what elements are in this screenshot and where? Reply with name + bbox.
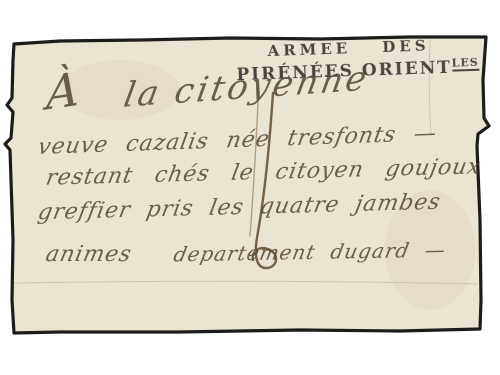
address-line-city: animes bbox=[44, 244, 134, 266]
address-line-department: departement dugard — bbox=[172, 240, 448, 265]
handstamp-line2-superscript: LES bbox=[451, 56, 479, 72]
letter-photo: ARMEE DES PIRÉNÉES ORIENTLES À la citoye… bbox=[0, 0, 500, 375]
address-initial: À bbox=[46, 65, 79, 116]
